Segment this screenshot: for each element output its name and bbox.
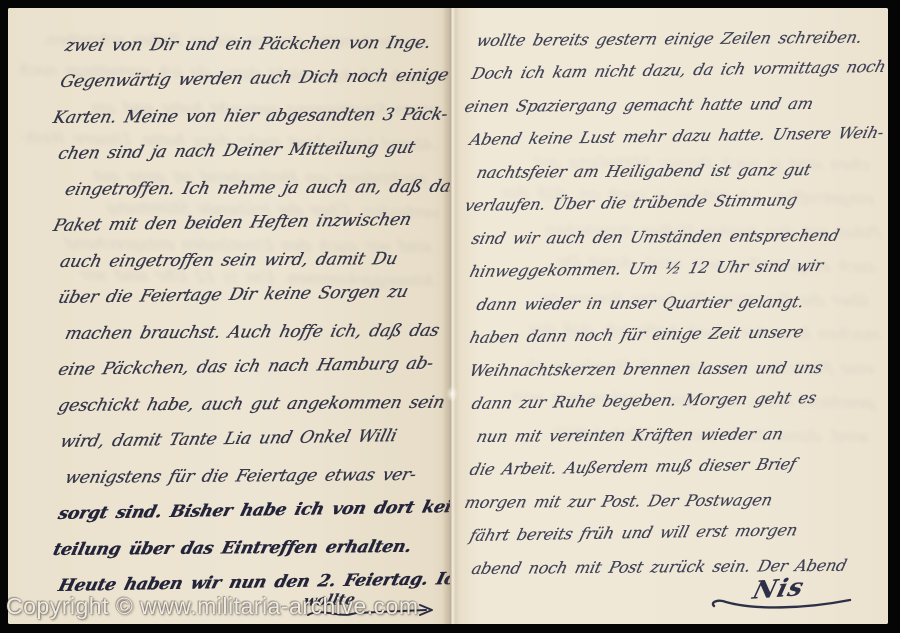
handwritten-line: eine Päckchen, das ich nach Hamburg ab- — [54, 352, 448, 388]
scanned-letter: wollte bereits gestern einige Zeilen sch… — [0, 0, 900, 633]
handwritten-line: über die Feiertage Dir keine Sorgen zu — [54, 280, 448, 316]
signature: Nis — [704, 574, 854, 611]
handwritten-line: morgen mit zur Post. Der Postwagen — [461, 486, 886, 519]
handwritten-line: Abend keine Lust mehr dazu hatte. Unsere… — [466, 123, 886, 156]
handwritten-line: verlaufen. Über die trübende Stimmung — [461, 189, 886, 222]
left-page: wollte bereits gestern einige Zeilen sch… — [8, 8, 450, 624]
handwritten-line: wird, damit Tante Lia und Onkel Willi — [56, 424, 448, 460]
handwritten-line: hinweggekommen. Um ½ 12 Uhr sind wir — [466, 255, 886, 288]
handwritten-line: chen sind ja nach Deiner Mitteilung gut — [54, 136, 448, 172]
handwritten-line: die Arbeit. Außerdem muß dieser Brief — [466, 453, 886, 486]
handwritten-line: Doch ich kam nicht dazu, da ich vormitta… — [468, 57, 886, 90]
handwritten-line: nun mit vereinten Kräften wieder an — [473, 420, 886, 453]
copyright-watermark: Copyright © www.militaria-archive.com — [6, 593, 419, 620]
handwritten-line: nachtsfeier am Heiligabend ist ganz gut — [473, 156, 886, 189]
handwritten-line: fährt bereits früh und will erst morgen — [466, 519, 886, 552]
handwritten-line: Gegenwärtig werden auch Dich noch einige — [56, 64, 448, 100]
left-page-text: zwei von Dir und ein Päckchen von Inge.G… — [54, 28, 448, 604]
signature-name: Nis — [750, 572, 808, 604]
letter-paper: wollte bereits gestern einige Zeilen sch… — [8, 8, 888, 624]
handwritten-line: haben dann noch für einige Zeit unsere — [466, 321, 886, 354]
right-page-text: wollte bereits gestern einige Zeilen sch… — [466, 24, 886, 585]
handwritten-line: Weihnachtskerzen brennen lassen und uns — [466, 354, 886, 387]
right-page: chen sind ja nach Deiner Mitteilung gute… — [450, 8, 888, 624]
handwritten-line: dann zur Ruhe begeben. Morgen geht es — [468, 387, 886, 420]
handwritten-line: dann wieder in unser Quartier gelangt. — [473, 288, 886, 321]
handwritten-line: sorgt sind. Bisher habe ich von dort kei… — [54, 496, 448, 532]
handwritten-line: Paket mit den beiden Heften inzwischen — [49, 208, 448, 244]
